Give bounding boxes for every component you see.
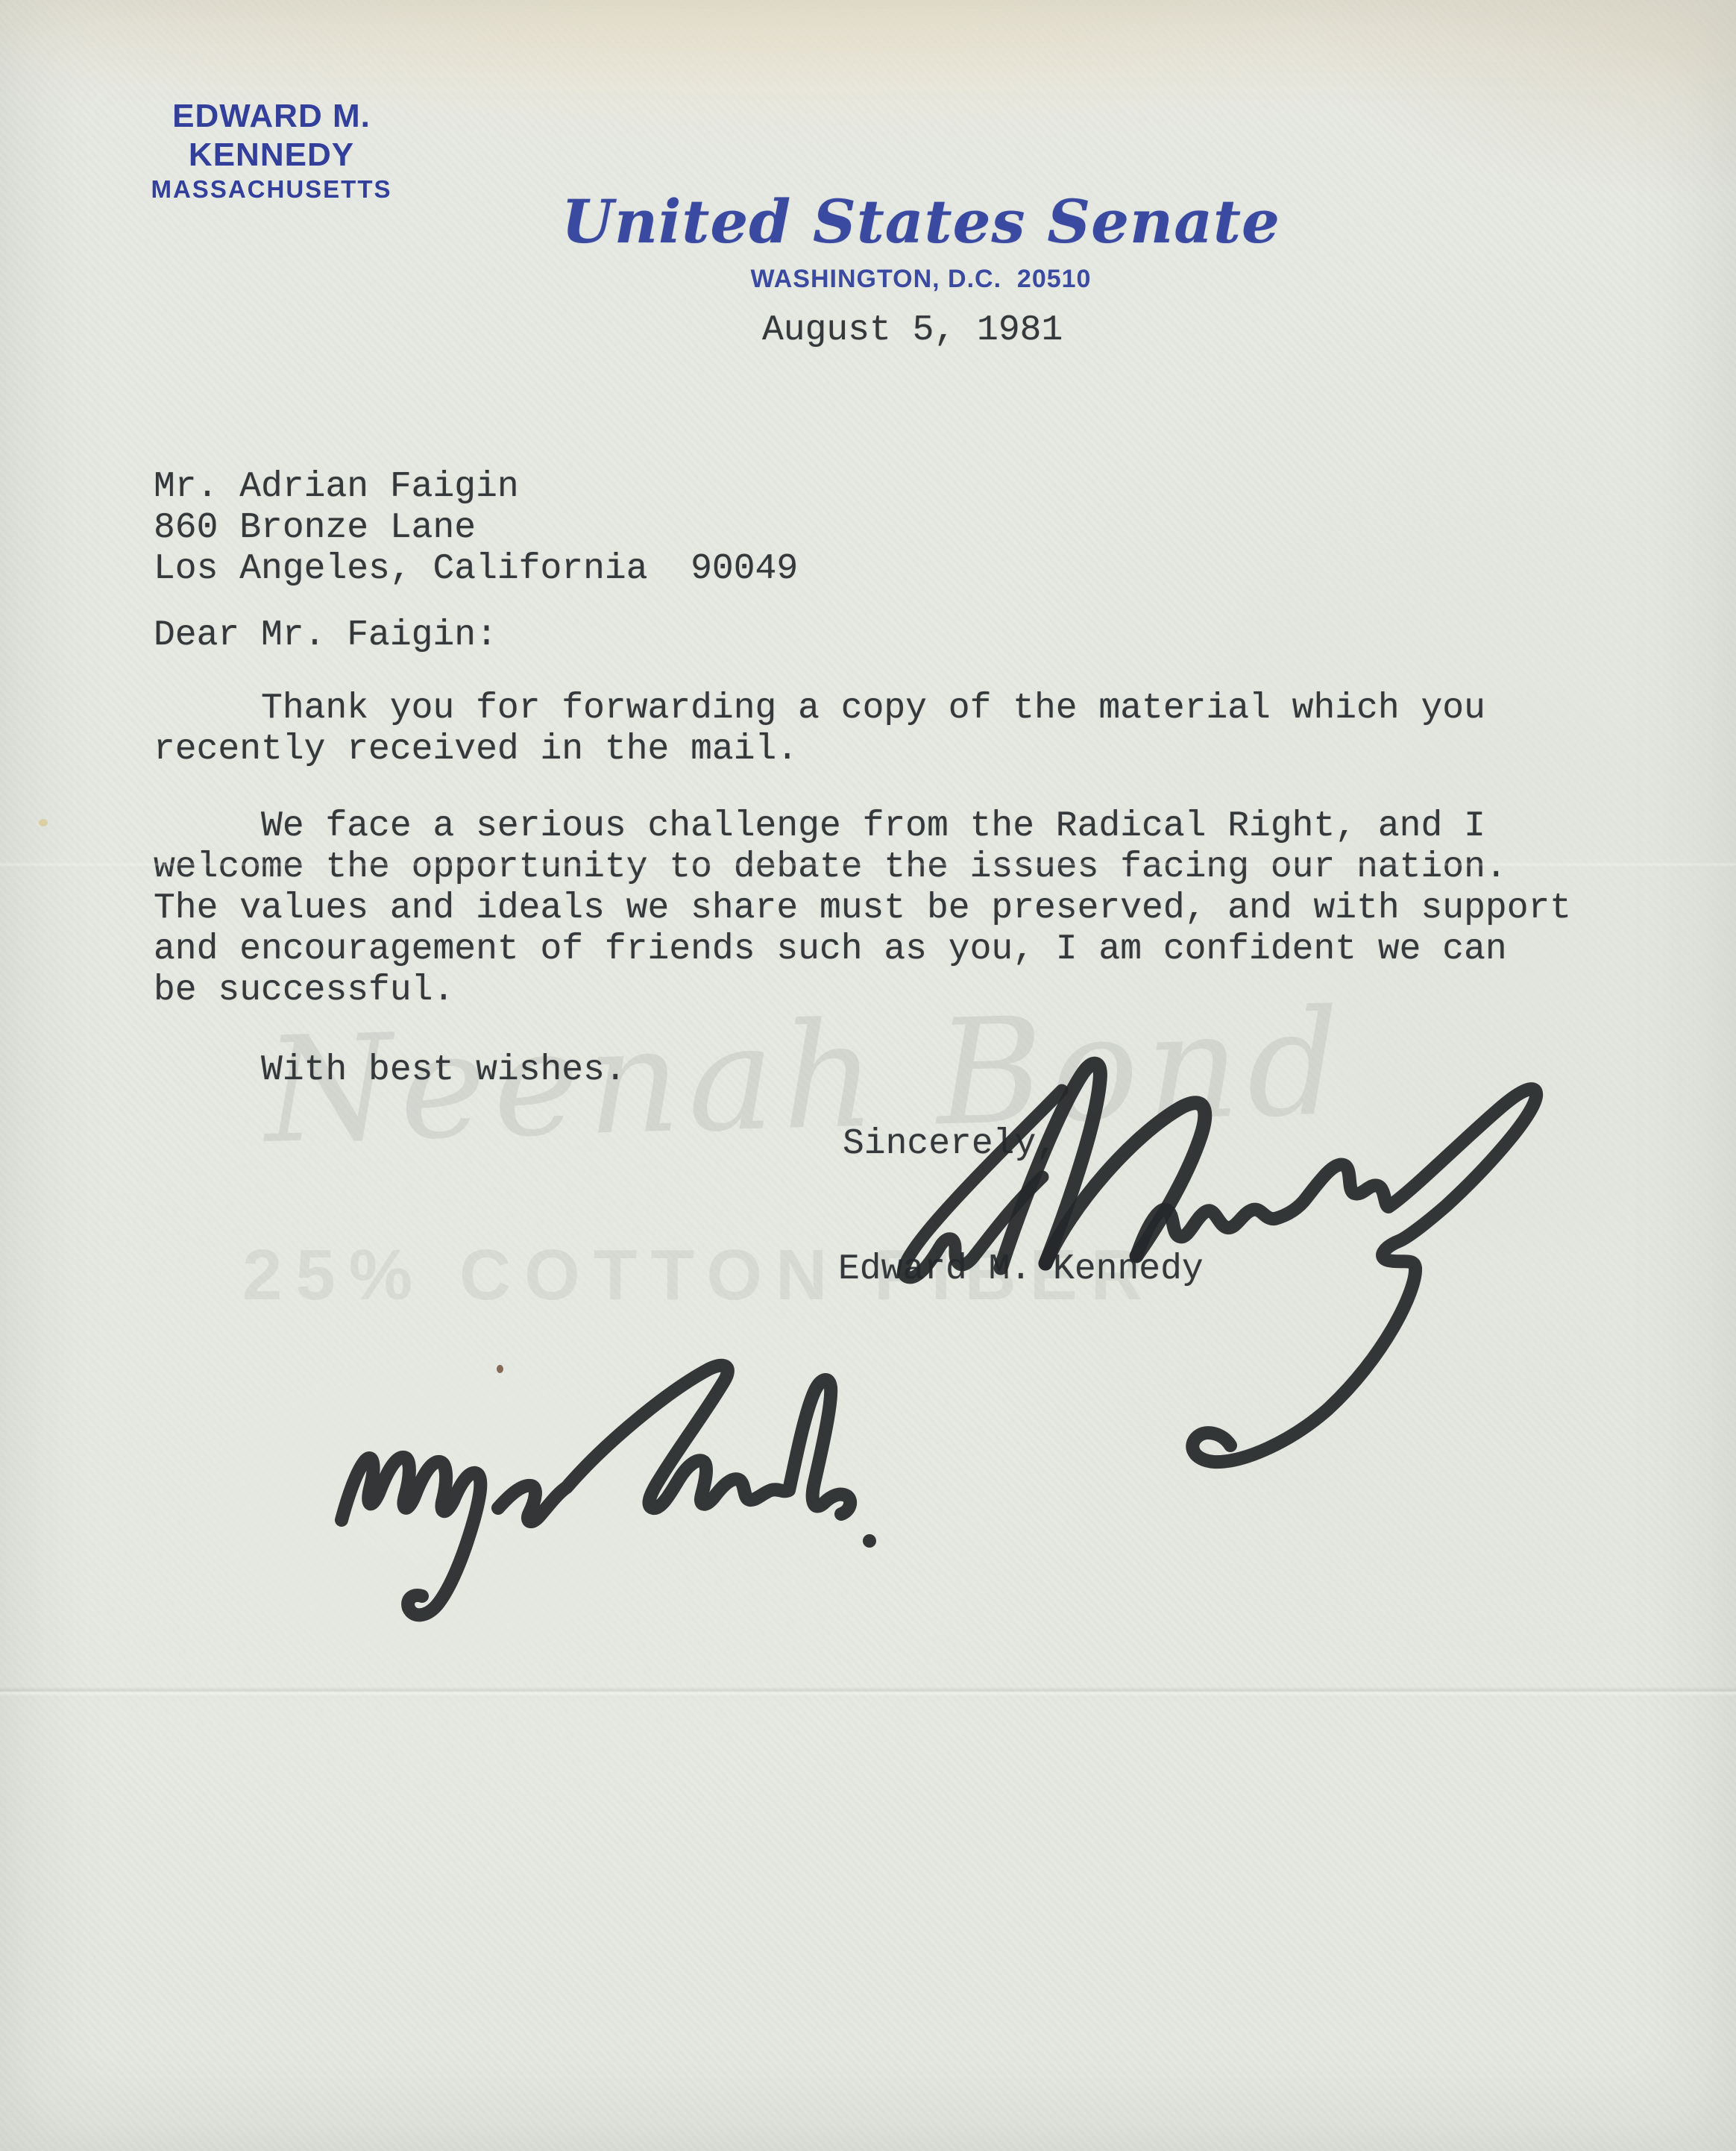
body-paragraph-2: We face a serious challenge from the Rad…	[154, 806, 1571, 1011]
valediction-line: With best wishes.	[154, 1050, 626, 1091]
handwritten-note-script	[342, 1366, 876, 1615]
letter-page: Neenah Bond 25% COTTON FIBER EDWARD M. K…	[0, 0, 1736, 2151]
paper-stain-speck	[39, 819, 48, 826]
body-paragraph-1: Thank you for forwarding a copy of the m…	[154, 688, 1485, 770]
letterhead-sender-block: EDWARD M. KENNEDY MASSACHUSETTS	[100, 97, 443, 204]
senate-letterhead-address: WASHINGTON, D.C. 20510	[106, 264, 1736, 294]
fold-crease	[0, 1687, 1736, 1696]
senate-letterhead-title: United States Senate	[106, 189, 1736, 254]
salutation: Dear Mr. Faigin:	[154, 615, 497, 656]
recipient-address-block: Mr. Adrian Faigin 860 Bronze Lane Los An…	[154, 467, 798, 590]
paper-speck	[497, 1365, 503, 1373]
closing-word: Sincerely,	[843, 1124, 1057, 1165]
sender-name: EDWARD M. KENNEDY	[100, 97, 443, 175]
scan-light-band	[0, 862, 1736, 867]
handwritten-note-text: many thanks.	[0, 0, 1, 1]
letterhead-center-block: United States Senate WASHINGTON, D.C. 20…	[106, 189, 1736, 294]
typed-signature-name: Edward M. Kennedy	[838, 1249, 1204, 1290]
letter-date: August 5, 1981	[762, 310, 1063, 351]
